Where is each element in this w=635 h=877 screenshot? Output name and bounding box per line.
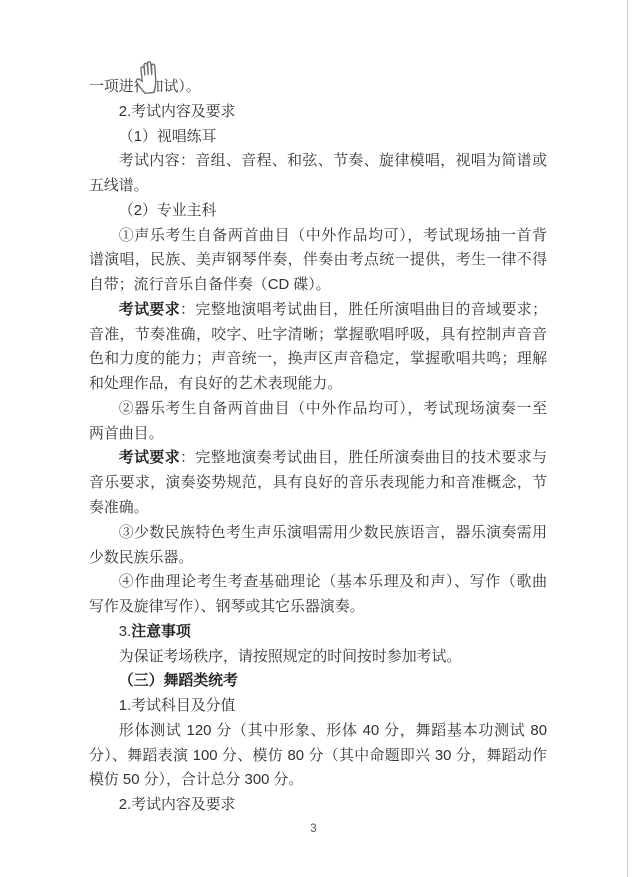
page-right-edge-line [627,0,628,877]
text-run: 自带；流行音乐自备伴奏（CD 碟）。 [89,277,331,293]
text-line: （三）舞蹈类统考 [89,669,547,694]
text-line: ④作曲理论考生考查基础理论（基本乐理及和声）、写作（歌曲 [89,570,547,595]
text-line: 五线谱。 [89,174,547,199]
text-run-bold: 考试要求 [119,450,180,466]
text-line: 音乐要求，演奏姿势规范，具有良好的音乐表现能力和音准概念，节 [89,471,547,496]
text-run: 和处理作品，有良好的艺术表现能力。 [89,376,342,392]
text-line: 奏准确。 [89,496,547,521]
text-line: 模仿 50 分），合计总分 300 分。 [89,768,547,793]
text-run: 形体测试 120 分（其中形象、形体 40 分，舞蹈基本功测试 80 [119,723,547,739]
text-line: 考试要求：完整地演唱考试曲目，胜任所演唱曲目的音域要求； [89,298,547,323]
text-line: 色和力度的能力；声音统一，换声区声音稳定，掌握歌唱共鸣；理解 [89,347,547,372]
text-line: ①声乐考生自备两首曲目（中外作品均可），考试现场抽一首背 [89,224,547,249]
document-page: 一项进行加试）。2.考试内容及要求（1）视唱练耳考试内容：音组、音程、和弦、节奏… [0,0,635,877]
text-run: 分）、舞蹈表演 100 分、模仿 80 分（其中命题即兴 30 分，舞蹈动作 [89,748,547,764]
text-run: 2.考试内容及要求 [119,797,236,813]
text-run: 音乐要求，演奏姿势规范，具有良好的音乐表现能力和音准概念，节 [89,475,547,491]
text-line: （2）专业主科 [89,199,547,224]
text-run: 音准，节奏准确，咬字、吐字清晰；掌握歌唱呼吸，具有控制声音音 [89,327,547,343]
text-line: 形体测试 120 分（其中形象、形体 40 分，舞蹈基本功测试 80 [89,719,547,744]
text-run: 五线谱。 [89,178,149,194]
text-line: 为保证考场秩序，请按照规定的时间按时参加考试。 [89,645,547,670]
text-run: 模仿 50 分），合计总分 300 分。 [89,772,303,788]
text-run: ③少数民族特色考生声乐演唱需用少数民族语言，器乐演奏需用 [119,525,547,541]
text-line: ③少数民族特色考生声乐演唱需用少数民族语言，器乐演奏需用 [89,521,547,546]
text-run: 为保证考场秩序，请按照规定的时间按时参加考试。 [119,649,462,665]
text-line: 2.考试内容及要求 [89,100,547,125]
text-run: 2.考试内容及要求 [119,104,236,120]
text-line: 音准，节奏准确，咬字、吐字清晰；掌握歌唱呼吸，具有控制声音音 [89,323,547,348]
text-line: 考试内容：音组、音程、和弦、节奏、旋律模唱，视唱为简谱或 [89,149,547,174]
text-line: 少数民族乐器。 [89,546,547,571]
text-run-bold: 考试要求 [119,302,180,318]
text-run: ：完整地演唱考试曲目，胜任所演唱曲目的音域要求； [180,302,547,318]
text-run: 3. [119,624,131,640]
text-line: 3.注意事项 [89,620,547,645]
text-line: 和处理作品，有良好的艺术表现能力。 [89,372,547,397]
text-line: （1）视唱练耳 [89,125,547,150]
text-line: 1.考试科目及分值 [89,694,547,719]
text-line: 谱演唱，民族、美声钢琴伴奏，伴奏由考点统一提供，考生一律不得 [89,248,547,273]
text-run-bold: （三）舞蹈类统考 [119,673,238,689]
text-run: 一项进行加试）。 [89,79,201,95]
text-line: 自带；流行音乐自备伴奏（CD 碟）。 [89,273,547,298]
text-line: 写作及旋律写作）、钢琴或其它乐器演奏。 [89,595,547,620]
text-run: 1.考试科目及分值 [119,698,236,714]
document-text: 一项进行加试）。2.考试内容及要求（1）视唱练耳考试内容：音组、音程、和弦、节奏… [89,75,547,818]
text-run: 两首曲目。 [89,426,163,442]
text-run: （2）专业主科 [119,203,217,219]
page-number: 3 [0,823,627,835]
text-run: （1）视唱练耳 [119,129,217,145]
text-run: 奏准确。 [89,500,149,516]
text-run: 少数民族乐器。 [89,550,193,566]
text-run: ①声乐考生自备两首曲目（中外作品均可），考试现场抽一首背 [119,228,547,244]
text-run: ④作曲理论考生考查基础理论（基本乐理及和声）、写作（歌曲 [119,574,547,590]
text-run: 考试内容：音组、音程、和弦、节奏、旋律模唱，视唱为简谱或 [119,153,547,169]
text-run: 谱演唱，民族、美声钢琴伴奏，伴奏由考点统一提供，考生一律不得 [89,252,547,268]
text-run: 写作及旋律写作）、钢琴或其它乐器演奏。 [89,599,364,615]
text-line: 两首曲目。 [89,422,547,447]
text-line: 一项进行加试）。 [89,75,547,100]
text-line: 2.考试内容及要求 [89,793,547,818]
text-run: ：完整地演奏考试曲目，胜任所演奏曲目的技术要求与 [180,450,547,466]
text-line: ②器乐考生自备两首曲目（中外作品均可），考试现场演奏一至 [89,397,547,422]
text-run-bold: 注意事项 [131,624,191,640]
text-line: 分）、舞蹈表演 100 分、模仿 80 分（其中命题即兴 30 分，舞蹈动作 [89,744,547,769]
text-run: ②器乐考生自备两首曲目（中外作品均可），考试现场演奏一至 [119,401,547,417]
text-line: 考试要求：完整地演奏考试曲目，胜任所演奏曲目的技术要求与 [89,446,547,471]
text-run: 色和力度的能力；声音统一，换声区声音稳定，掌握歌唱共鸣；理解 [89,351,547,367]
